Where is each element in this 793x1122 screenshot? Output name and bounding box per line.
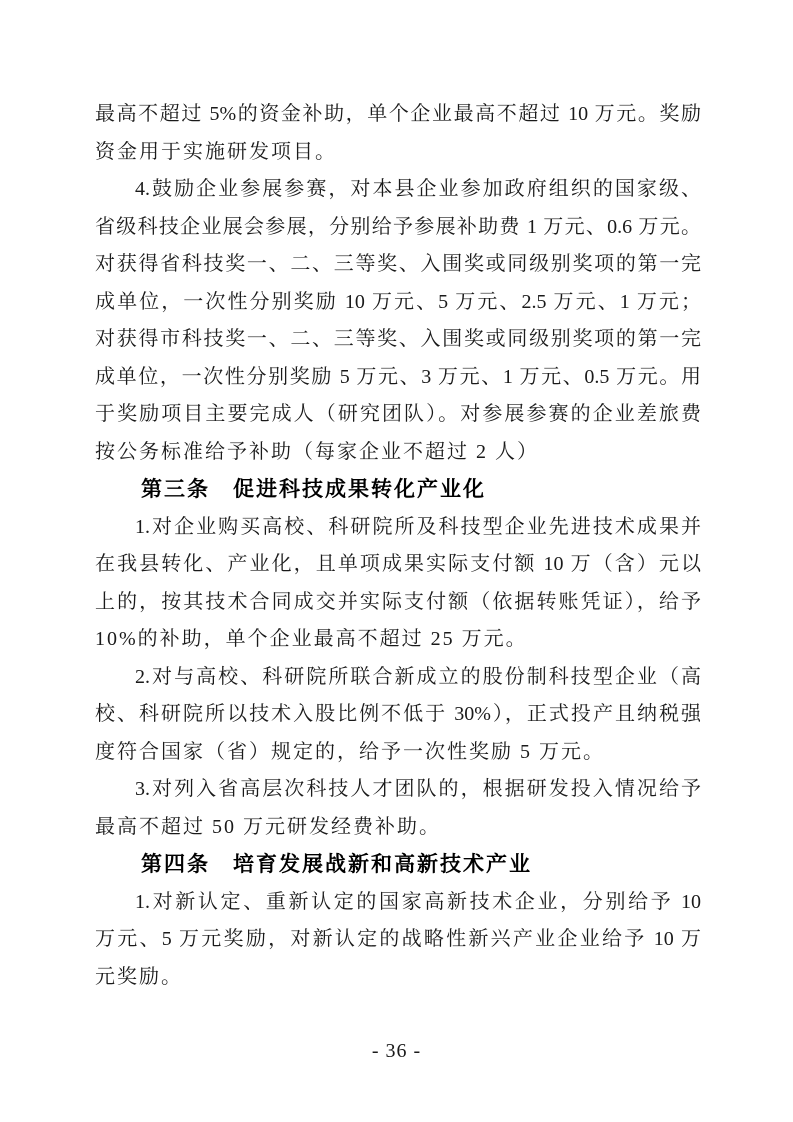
body-line: 按公务标准给予补助（每家企业不超过 2 人）: [95, 434, 701, 472]
body-line: 上的，按其技术合同成交并实际支付额（依据转账凭证），给予: [95, 584, 701, 622]
body-line: 对获得省科技奖一、二、三等奖、入围奖或同级别奖项的第一完: [95, 246, 701, 284]
body-line: 3.对列入省高层次科技人才团队的，根据研发投入情况给予: [95, 771, 701, 809]
body-line: 1.对企业购买高校、科研院所及科技型企业先进技术成果并: [95, 509, 701, 547]
body-line: 资金用于实施研发项目。: [95, 134, 701, 172]
body-line: 2.对与高校、科研院所联合新成立的股份制科技型企业（高: [95, 659, 701, 697]
body-line: 校、科研院所以技术入股比例不低于 30%），正式投产且纳税强: [95, 696, 701, 734]
body-line: 4.鼓励企业参展参赛，对本县企业参加政府组织的国家级、: [95, 171, 701, 209]
body-line: 1.对新认定、重新认定的国家高新技术企业，分别给予 10: [95, 884, 701, 922]
body-line: 最高不超过 5%的资金补助，单个企业最高不超过 10 万元。奖励: [95, 96, 701, 134]
body-line: 于奖励项目主要完成人（研究团队）。对参展参赛的企业差旅费: [95, 396, 701, 434]
body-line: 度符合国家（省）规定的，给予一次性奖励 5 万元。: [95, 734, 701, 772]
body-line: 成单位，一次性分别奖励 10 万元、5 万元、2.5 万元、1 万元；: [95, 284, 701, 322]
body-line: 10%的补助，单个企业最高不超过 25 万元。: [95, 621, 701, 659]
section-heading: 第四条 培育发展战新和高新技术产业: [95, 846, 701, 884]
body-line: 成单位，一次性分别奖励 5 万元、3 万元、1 万元、0.5 万元。用: [95, 359, 701, 397]
body-line: 对获得市科技奖一、二、三等奖、入围奖或同级别奖项的第一完: [95, 321, 701, 359]
body-line: 省级科技企业展会参展，分别给予参展补助费 1 万元、0.6 万元。: [95, 209, 701, 247]
body-line: 在我县转化、产业化，且单项成果实际支付额 10 万（含）元以: [95, 546, 701, 584]
document-page: 最高不超过 5%的资金补助，单个企业最高不超过 10 万元。奖励 资金用于实施研…: [0, 0, 793, 1122]
page-number: - 36 -: [0, 1036, 793, 1066]
document-body: 最高不超过 5%的资金补助，单个企业最高不超过 10 万元。奖励 资金用于实施研…: [95, 96, 701, 996]
body-line: 万元、5 万元奖励，对新认定的战略性新兴产业企业给予 10 万: [95, 921, 701, 959]
body-line: 最高不超过 50 万元研发经费补助。: [95, 809, 701, 847]
section-heading: 第三条 促进科技成果转化产业化: [95, 471, 701, 509]
body-line: 元奖励。: [95, 959, 701, 997]
